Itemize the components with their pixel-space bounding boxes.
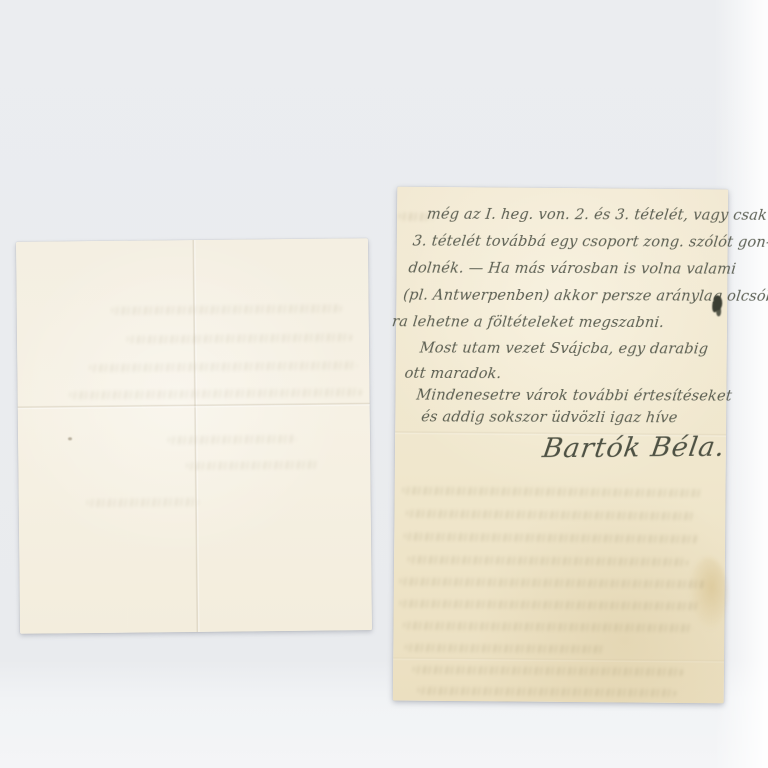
handwriting-line: ra lehetne a föltételeket megszabni. xyxy=(391,315,665,330)
bleed-through-line xyxy=(413,666,683,676)
handwriting-line: 3. tételét továbbá egy csoport zong. szó… xyxy=(412,235,768,251)
bleed-through-line xyxy=(403,622,693,633)
bleed-through-line xyxy=(70,388,362,399)
bleed-through-line xyxy=(186,461,318,470)
letter-verso-sheet xyxy=(16,238,372,634)
photo-background: még az I. heg. von. 2. és 3. tételét, va… xyxy=(0,0,768,768)
bleed-through-line xyxy=(89,361,357,372)
handwriting-line: Mindenesetre várok további értesítéseket xyxy=(416,389,733,405)
bleed-through-mark xyxy=(397,187,728,190)
fold-crease-horizontal xyxy=(393,657,724,664)
ink-blot xyxy=(713,295,722,310)
handwriting-line: dolnék. — Ha más városban is volna valam… xyxy=(408,262,737,278)
bleed-through-area xyxy=(397,187,728,190)
bleed-through-line xyxy=(400,578,705,589)
paper-stain xyxy=(687,557,728,631)
ink-speck xyxy=(68,437,72,440)
bleed-through-line xyxy=(404,533,699,544)
bleed-through-line xyxy=(168,435,296,444)
handwriting-line: Most utam vezet Svájcba, egy darabig xyxy=(419,342,709,357)
bleed-through-line xyxy=(408,556,688,566)
handwriting-line: és addig sokszor üdvözli igaz híve xyxy=(420,410,678,425)
bleed-through-line xyxy=(405,644,605,654)
letter-recto-sheet: még az I. heg. von. 2. és 3. tételét, va… xyxy=(393,187,728,704)
bleed-through-line xyxy=(418,687,676,697)
bleed-through-line xyxy=(406,510,696,521)
bleed-through-line xyxy=(403,487,703,498)
bleed-through-line xyxy=(127,333,352,343)
bleed-through-line xyxy=(400,600,700,611)
handwriting-line: ott maradok. xyxy=(404,367,502,382)
bleed-through-line xyxy=(87,498,199,507)
signature: Bartók Béla. xyxy=(541,434,728,463)
bleed-through-line xyxy=(112,304,342,314)
bleed-through-line xyxy=(399,213,433,221)
handwriting-line: még az I. heg. von. 2. és 3. tételét, va… xyxy=(426,208,768,224)
